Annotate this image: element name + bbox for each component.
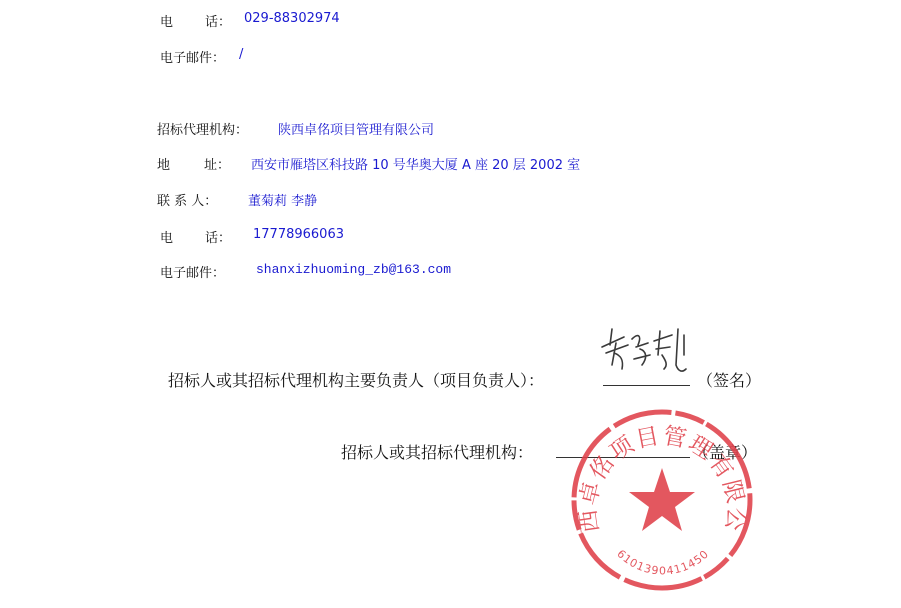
phone-label-char1: 电 <box>160 11 173 30</box>
agency-phone-label-char1: 电 <box>160 227 173 246</box>
tenderer-email-value: / <box>239 47 243 62</box>
agency-name-value: 陕西卓佲项目管理有限公司 <box>278 119 434 138</box>
agency-address-value: 西安市雁塔区科技路 10 号华奥大厦 A 座 20 层 2002 室 <box>251 154 580 173</box>
agency-phone-label-char2: 话： <box>205 227 231 246</box>
stamp-number: 6101390411450 <box>614 547 711 577</box>
agency-contact-value: 董菊莉 李静 <box>248 190 317 209</box>
tenderer-email-label: 电子邮件： <box>160 47 225 66</box>
phone-label-char2: 话： <box>205 11 231 30</box>
agency-email-value: shanxizhuoming_zb@163.com <box>256 262 451 277</box>
svg-text:6101390411450: 6101390411450 <box>614 547 711 577</box>
tenderer-phone-value: 029-88302974 <box>244 11 340 26</box>
agency-name-label: 招标代理机构： <box>157 119 248 138</box>
signature-suffix: （签名） <box>697 368 761 391</box>
agency-email-label: 电子邮件： <box>160 262 225 281</box>
address-label-char1: 地 <box>157 154 170 173</box>
address-label-char2: 址： <box>204 154 230 173</box>
agency-phone-value: 17778966063 <box>253 227 344 242</box>
agency-contact-label: 联 系 人： <box>157 190 217 209</box>
star-icon <box>629 468 695 531</box>
seal-label: 招标人或其招标代理机构： <box>341 440 533 463</box>
signature-underline <box>603 385 690 386</box>
signature-label: 招标人或其招标代理机构主要负责人（项目负责人）： <box>168 368 544 391</box>
handwritten-signature <box>598 325 698 380</box>
company-seal-stamp: 陕西卓佲项目管理有限公司 6101390411450 <box>568 406 756 594</box>
